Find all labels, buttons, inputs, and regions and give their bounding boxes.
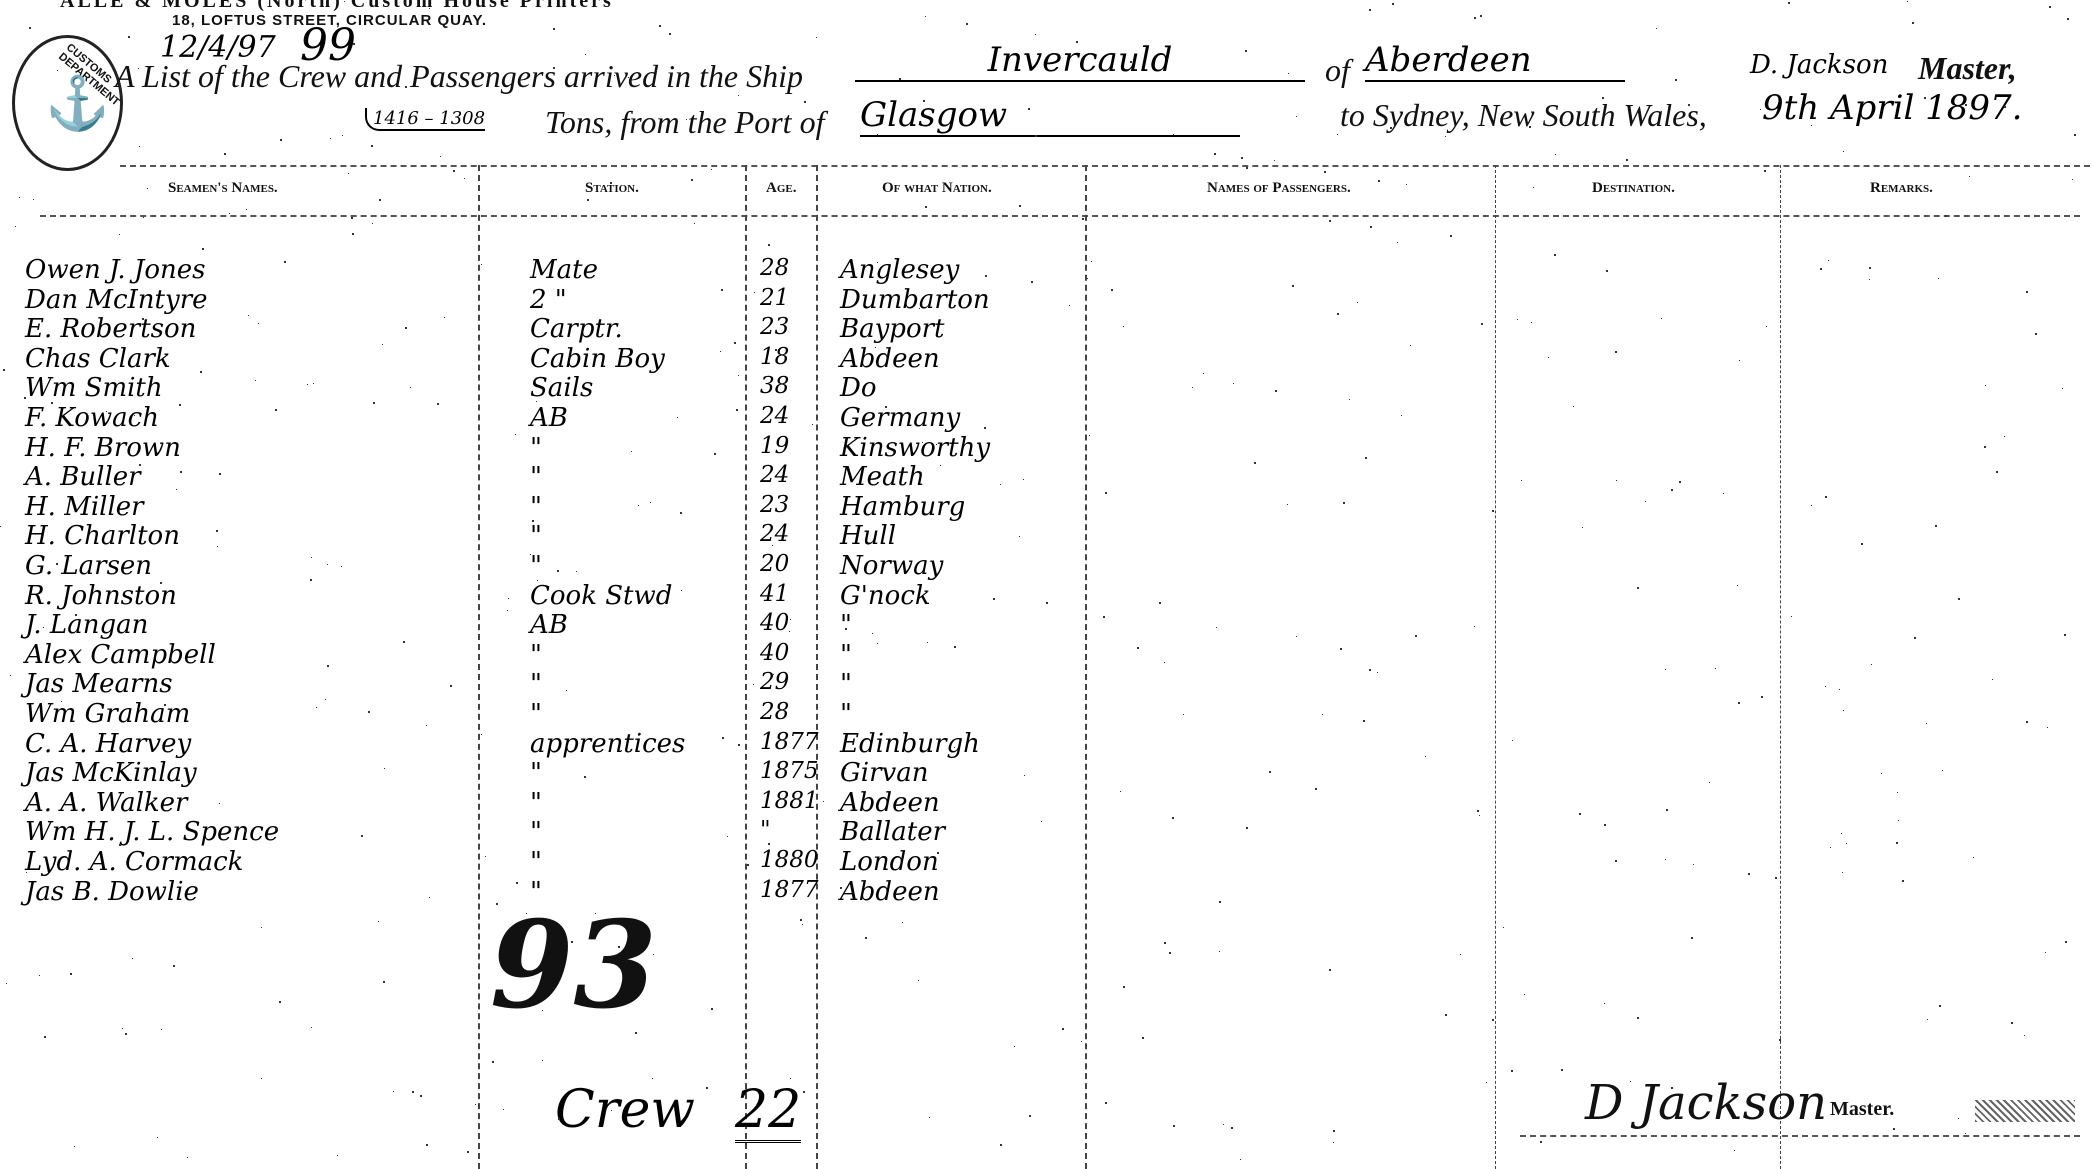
scan-speck [1688,104,1690,106]
scan-speck [1907,1,1908,2]
crew-age: 23 [760,314,789,340]
scan-speck [280,139,282,141]
scan-speck [1861,543,1863,545]
scan-speck [804,101,806,103]
scan-speck [619,924,620,925]
table-row: J. LanganAB40" [0,610,1090,639]
crew-age: 28 [760,255,789,281]
scan-speck [2026,291,2028,293]
scan-speck [316,707,317,708]
scan-speck [310,579,312,581]
scan-speck [187,1157,188,1158]
scan-speck [1869,267,1871,269]
table-row: Lyd. A. Cormack"1880London [0,847,1090,876]
scan-speck [1425,756,1426,757]
scan-speck [1691,937,1693,939]
crew-nation: London [840,847,939,877]
scan-speck [768,843,770,845]
of-label: of [1325,52,1350,89]
crew-station: Carptr. [530,314,623,344]
scan-speck [691,179,693,181]
scan-speck [1828,260,1829,261]
scan-speck [1521,480,1522,481]
scan-speck [10,675,11,676]
scan-speck [1223,1124,1224,1125]
title-prefix: A List of the Crew and Passengers arrive… [115,58,803,95]
scan-speck [1760,109,1761,110]
table-row: Dan McIntyre2 "21Dumbarton [0,285,1090,314]
scan-speck [720,351,721,352]
scan-speck [1788,2,1790,4]
tonnage: 1416 – 1308 [365,108,485,131]
crew-age: 1881 [760,788,819,814]
scan-speck [816,37,817,38]
crew-station: 2 " [530,285,567,315]
scan-speck [143,217,144,218]
scan-speck [929,1117,930,1118]
tons-label: Tons, from the Port of [545,104,824,141]
scan-speck [1630,1081,1631,1082]
crew-nation: Abdeen [840,344,940,374]
scan-speck [638,505,639,506]
scan-speck [1830,847,1831,848]
scan-speck [1169,952,1171,954]
scan-speck [557,570,559,572]
scan-speck [200,371,202,373]
scan-speck [1973,857,1974,858]
scan-speck [845,768,846,769]
scan-speck [1474,17,1476,19]
scan-speck [802,924,803,925]
scan-speck [70,973,72,975]
col-header-nation: Of what Nation. [882,180,992,197]
scan-speck [219,473,221,475]
scan-speck [147,188,148,189]
scan-speck [361,835,363,837]
scan-speck [1737,585,1738,586]
scan-speck [56,563,58,565]
scan-speck [1517,319,1518,320]
scan-speck [1846,843,1847,844]
crew-name: Lyd. A. Cormack [25,847,243,877]
table-row: A. A. Walker"1881Abdeen [0,788,1090,817]
crew-nation: " [840,699,852,729]
scan-speck [353,43,355,45]
scan-speck [437,403,439,405]
scan-speck [1969,176,1970,177]
table-row: R. JohnstonCook Stwd41G'nock [0,581,1090,610]
scan-speck [410,387,411,388]
crew-name: Alex Campbell [25,640,216,670]
crew-station: " [530,699,542,729]
scan-speck [453,170,455,172]
scan-speck [747,864,749,866]
scan-speck [526,913,527,914]
scan-speck [1275,390,1277,392]
crew-station: Mate [530,255,598,285]
scan-speck [1693,864,1694,865]
scan-speck [1811,125,1812,126]
scan-speck [1274,160,1275,161]
scan-speck [219,803,220,804]
scan-speck [530,554,531,555]
scan-speck [1292,285,1294,287]
scan-speck [1671,1087,1673,1089]
scan-speck [412,1091,414,1093]
crew-name: Jas B. Dowlie [25,877,199,907]
scan-speck [173,965,175,967]
crew-name: A. Buller [25,462,141,492]
scan-speck [1958,1118,1959,1119]
scan-speck [1902,880,1904,882]
scan-speck [383,981,385,983]
scan-speck [119,844,121,846]
scan-speck [1665,669,1666,670]
scan-speck [677,417,678,418]
crew-station: AB [530,403,568,433]
scan-speck [344,1,345,2]
scan-speck [1675,79,1677,81]
scan-speck [1089,435,1090,436]
scan-speck [1671,489,1673,491]
scan-speck [872,633,873,634]
scan-speck [885,406,887,408]
scan-speck [1329,969,1331,971]
scan-speck [188,55,189,56]
scan-speck [1401,415,1402,416]
crew-name: H. Miller [25,492,144,522]
scan-speck [1871,664,1872,665]
crew-age: 21 [760,285,789,311]
scan-speck [0,526,1,527]
scan-speck [721,289,723,291]
scan-speck [275,828,277,830]
crew-nation: Bayport [840,314,944,344]
scan-speck [337,1155,338,1156]
scan-speck [681,590,682,591]
scan-speck [922,442,923,443]
home-port: Aberdeen [1365,40,1625,82]
crew-name: Chas Clark [25,344,171,374]
scan-speck [656,70,657,71]
scan-speck [1111,289,1113,291]
scan-speck [1137,647,1139,649]
scan-speck [877,363,878,364]
col-header-seamen-names: Seamen's Names. [168,180,278,197]
scan-speck [24,397,26,399]
scan-speck [841,596,842,597]
scan-speck [1839,689,1840,690]
crew-name: E. Robertson [25,314,196,344]
scan-speck [706,1087,708,1089]
scan-speck [2062,388,2063,389]
scan-speck [937,852,939,854]
scan-speck [1024,775,1025,776]
scan-speck [812,424,813,425]
scan-speck [426,725,427,726]
scan-speck [1091,261,1092,262]
crew-station: " [530,433,542,463]
scan-speck [2064,634,2066,636]
table-row: Alex Campbell"40" [0,640,1090,669]
scan-speck [936,444,937,445]
crew-name: Jas McKinlay [25,758,197,788]
scan-speck [2035,333,2037,335]
table-row: Wm H. J. L. Spence""Ballater [0,817,1090,846]
scan-speck [669,33,671,35]
scan-speck [1357,302,1358,303]
table-row: Owen J. JonesMate28Anglesey [0,255,1090,284]
crew-name: H. F. Brown [25,433,181,463]
table-row: Chas ClarkCabin Boy18Abdeen [0,344,1090,373]
crew-station: " [530,847,542,877]
scan-speck [1069,305,1070,306]
crew-age: 41 [760,581,789,607]
scan-speck [1938,278,1939,279]
scan-speck [342,135,343,136]
scan-speck [1406,184,1407,185]
scan-speck [378,921,379,922]
scan-speck [51,402,53,404]
crew-name: C. A. Harvey [25,729,191,759]
scan-speck [255,380,256,381]
scan-speck [1082,218,1084,220]
scan-speck [736,409,738,411]
scan-speck [1415,635,1417,637]
scan-speck [1761,696,1763,698]
scan-speck [2024,1035,2025,1036]
scan-speck [635,1032,637,1034]
scan-speck [532,520,534,522]
scan-speck [1945,215,1947,217]
scan-speck [1666,809,1668,811]
crew-age: 1875 [760,758,819,784]
scan-speck [1474,626,1475,627]
scan-speck [1123,986,1125,988]
scan-speck [311,557,312,558]
crew-nation: Edinburgh [840,729,980,759]
crew-nation: Do [840,373,877,403]
scan-speck [984,427,986,429]
scan-speck [1214,153,1216,155]
scan-speck [224,153,226,155]
col-header-destination: Destination. [1592,180,1675,197]
crew-total-value: 22 [735,1080,801,1143]
scan-speck [1898,820,1899,821]
scan-speck [753,684,754,685]
crew-nation: G'nock [840,581,931,611]
crew-station: " [530,788,542,818]
crew-station: apprentices [530,729,685,759]
scan-speck [1881,773,1882,774]
scan-speck [1924,97,1926,99]
scan-speck [789,631,790,632]
table-row: Wm SmithSails38Do [0,373,1090,402]
crew-nation: Germany [840,403,960,433]
column-divider [1495,165,1496,1169]
crew-age: 24 [760,521,789,547]
scan-speck [1820,268,1822,270]
scan-speck [1748,873,1750,875]
scan-speck [1996,471,1998,473]
scan-speck [1656,28,1657,29]
crew-nation: " [840,640,852,670]
col-header-age: Age. [766,180,796,197]
scan-speck [245,830,247,832]
scan-speck [503,1109,504,1110]
scan-speck [405,327,407,329]
scan-speck [1869,279,1870,280]
scan-speck [382,344,383,345]
crew-name: Owen J. Jones [25,255,205,285]
scan-speck [1897,792,1898,793]
table-row: G. Larsen"20Norway [0,551,1090,580]
scan-speck [1296,636,1297,637]
departure-port: Glasgow [860,95,1240,137]
scan-speck [39,975,40,976]
crew-age: 18 [760,344,789,370]
arrival-date: 9th April 1897. [1762,88,2022,128]
scan-speck [1349,399,1350,400]
crew-age: 1880 [760,847,819,873]
scan-speck [1766,326,1767,327]
scan-speck [1445,136,1446,137]
crew-station: Cabin Boy [530,344,665,374]
scan-speck [1604,1003,1605,1004]
scan-speck [351,217,353,219]
scan-speck [1965,1133,1966,1134]
scan-speck [248,315,249,316]
scan-speck [2045,952,2046,953]
scan-speck [803,1091,805,1093]
scan-speck [57,70,58,71]
scan-speck [1142,1037,1144,1039]
scan-speck [1288,73,1289,74]
scan-speck [1985,385,1986,386]
scan-speck [1087,278,1088,279]
scan-speck [108,326,109,327]
scan-speck [1958,598,1960,600]
scan-speck [571,941,573,943]
scan-speck [954,747,955,748]
scan-speck [19,197,20,198]
scan-speck [919,308,920,309]
scan-speck [918,980,919,981]
crew-nation: Ballater [840,817,945,847]
scan-speck [216,530,218,532]
scan-speck [1965,104,1967,106]
scan-speck [1296,116,1297,117]
scan-speck [865,937,867,939]
scan-speck [1000,1144,1002,1146]
scan-speck [1926,723,1927,724]
scan-speck [576,571,577,572]
scan-speck [1481,323,1483,325]
scan-speck [1764,170,1766,172]
scan-speck [2026,721,2028,723]
scan-speck [1120,791,1121,792]
scan-speck [1942,770,1943,771]
scan-speck [125,1033,127,1035]
scan-speck [128,36,130,38]
scan-speck [711,1008,713,1010]
scan-speck [680,512,682,514]
scan-speck [621,750,622,751]
crew-age: 20 [760,551,789,577]
crew-nation: Anglesey [840,255,959,285]
crew-age: 29 [760,669,789,695]
scan-speck [1019,205,1021,207]
scan-speck [507,610,508,611]
crew-nation: Dumbarton [840,285,990,315]
scan-speck [2072,179,2073,180]
scan-speck [379,199,381,201]
scan-speck [327,564,328,565]
scan-speck [313,383,314,384]
scan-speck [1548,357,1549,358]
scan-speck [1739,360,1740,361]
scan-speck [142,318,144,320]
scan-speck [1031,281,1033,283]
scan-speck [1775,877,1777,879]
scan-speck [180,471,182,473]
scan-speck [611,1110,612,1111]
scan-speck [542,1010,543,1011]
crew-name: Wm Smith [25,373,163,403]
scan-speck [179,404,181,406]
scan-speck [217,546,218,547]
crew-age: " [760,817,771,843]
scan-speck [516,882,518,884]
crew-nation: " [840,669,852,699]
scan-speck [508,598,509,599]
crew-age: 24 [760,403,789,429]
scan-speck [2011,1022,2013,1024]
scan-speck [1164,662,1165,663]
scan-speck [44,1036,46,1038]
scan-speck [800,919,802,921]
scan-speck [1540,1141,1542,1143]
scan-speck [553,28,555,30]
scan-speck [1390,127,1392,129]
crew-name: G. Larsen [25,551,152,581]
scan-speck [2047,727,2048,728]
crew-age: 40 [760,610,789,636]
scan-speck [1843,710,1844,711]
scan-speck [1492,1019,1494,1021]
scan-speck [325,699,326,700]
scan-speck [160,582,162,584]
scan-speck [1524,994,1525,995]
scan-speck [261,927,262,928]
scan-speck [1480,15,1482,17]
scan-speck [923,100,925,102]
crew-age: 1877 [760,729,819,755]
crew-nation: Abdeen [840,877,940,907]
scan-speck [686,119,687,120]
scan-speck [1241,157,1243,159]
scan-speck [43,627,44,628]
scan-speck [1392,3,1394,5]
scan-speck [1076,41,1078,43]
scan-speck [1369,669,1371,671]
crew-nation: " [840,610,852,640]
scan-speck [790,619,791,620]
scan-speck [566,690,567,691]
scan-speck [1606,270,1608,272]
scan-speck [659,25,661,27]
scan-speck [877,134,878,135]
